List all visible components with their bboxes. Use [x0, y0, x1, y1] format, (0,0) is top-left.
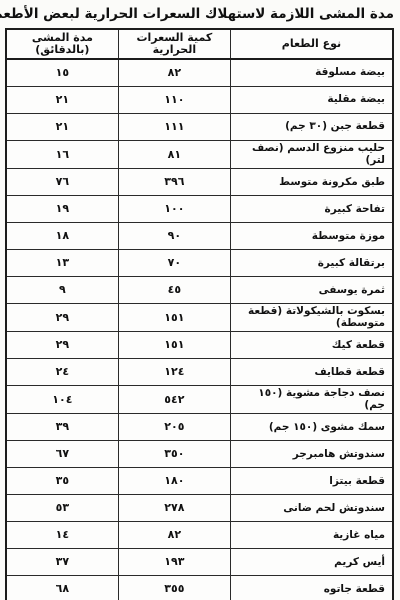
calories-cell: ٧٠: [118, 250, 230, 277]
calories-cell: ٢٧٨: [118, 495, 230, 522]
minutes-cell: ٢٩: [6, 304, 118, 332]
calories-walking-table: نوع الطعام كمية السعرات الحرارية مدة الم…: [5, 28, 394, 600]
minutes-cell: ١٣: [6, 250, 118, 277]
table-row: طبق مكرونة متوسط ٣٩٦ ٧٦: [6, 169, 393, 196]
calories-cell: ٤٥: [118, 277, 230, 304]
food-name-cell: تفاحة كبيرة: [230, 196, 393, 223]
table-row: سندوتش هامبرجر ٣٥٠ ٦٧: [6, 441, 393, 468]
food-name-cell: بيضة مقلية: [230, 87, 393, 114]
minutes-cell: ٢٩: [6, 332, 118, 359]
food-name-cell: قطعة كيك: [230, 332, 393, 359]
food-name-cell: مياه غازية: [230, 522, 393, 549]
calories-cell: ١١٠: [118, 87, 230, 114]
minutes-cell: ١٥: [6, 59, 118, 87]
table-row: قطعة قطايف ١٢٤ ٢٤: [6, 359, 393, 386]
food-name-cell: بيضة مسلوقة: [230, 59, 393, 87]
food-name-cell: طبق مكرونة متوسط: [230, 169, 393, 196]
calories-cell: ٣٩٦: [118, 169, 230, 196]
table-row: أيس كريم ١٩٣ ٣٧: [6, 549, 393, 576]
food-name-cell: قطعة جبن (٣٠ جم): [230, 114, 393, 141]
calories-cell: ١٥١: [118, 332, 230, 359]
minutes-cell: ٢١: [6, 114, 118, 141]
food-name-cell: ثمرة يوسفى: [230, 277, 393, 304]
calories-cell: ١٠٠: [118, 196, 230, 223]
food-name-cell: قطعة قطايف: [230, 359, 393, 386]
minutes-cell: ٢٤: [6, 359, 118, 386]
table-row: مياه غازية ٨٢ ١٤: [6, 522, 393, 549]
minutes-cell: ٣٩: [6, 414, 118, 441]
minutes-cell: ١٨: [6, 223, 118, 250]
minutes-cell: ٥٣: [6, 495, 118, 522]
table-row: قطعة جاتوه ٣٥٥ ٦٨: [6, 576, 393, 600]
calories-cell: ٢٠٥: [118, 414, 230, 441]
food-name-cell: سمك مشوى (١٥٠ جم): [230, 414, 393, 441]
minutes-cell: ١٩: [6, 196, 118, 223]
table-row: برتقالة كبيرة ٧٠ ١٣: [6, 250, 393, 277]
table-row: سندوتش لحم ضانى ٢٧٨ ٥٣: [6, 495, 393, 522]
table-row: موزة متوسطة ٩٠ ١٨: [6, 223, 393, 250]
food-name-cell: سندوتش هامبرجر: [230, 441, 393, 468]
minutes-cell: ٣٧: [6, 549, 118, 576]
table-row: قطعة كيك ١٥١ ٢٩: [6, 332, 393, 359]
food-name-cell: قطعة بيتزا: [230, 468, 393, 495]
calories-cell: ١٢٤: [118, 359, 230, 386]
minutes-cell: ١٠٤: [6, 386, 118, 414]
food-name-cell: حليب منزوع الدسم (نصف لتر): [230, 141, 393, 169]
minutes-cell: ٧٦: [6, 169, 118, 196]
col-header-walking-minutes: مدة المشى (بالدقائق): [6, 29, 118, 59]
table-body: بيضة مسلوقة ٨٢ ١٥ بيضة مقلية ١١٠ ٢١ قطعة…: [6, 59, 393, 600]
minutes-cell: ٦٨: [6, 576, 118, 600]
calories-cell: ١٥١: [118, 304, 230, 332]
table-row: سمك مشوى (١٥٠ جم) ٢٠٥ ٣٩: [6, 414, 393, 441]
minutes-cell: ٣٥: [6, 468, 118, 495]
food-name-cell: برتقالة كبيرة: [230, 250, 393, 277]
document-page: مدة المشى اللازمة لاستهلاك السعرات الحرا…: [0, 0, 400, 600]
calories-cell: ٩٠: [118, 223, 230, 250]
table-row: بيضة مسلوقة ٨٢ ١٥: [6, 59, 393, 87]
page-title: مدة المشى اللازمة لاستهلاك السعرات الحرا…: [5, 6, 394, 22]
table-row: بيضة مقلية ١١٠ ٢١: [6, 87, 393, 114]
calories-cell: ٨٢: [118, 522, 230, 549]
calories-cell: ٣٥٠: [118, 441, 230, 468]
table-row: تفاحة كبيرة ١٠٠ ١٩: [6, 196, 393, 223]
food-name-cell: نصف دجاجة مشوية (١٥٠ جم): [230, 386, 393, 414]
calories-cell: ٥٤٢: [118, 386, 230, 414]
calories-cell: ١٩٣: [118, 549, 230, 576]
minutes-cell: ١٦: [6, 141, 118, 169]
minutes-cell: ٢١: [6, 87, 118, 114]
table-row: قطعة جبن (٣٠ جم) ١١١ ٢١: [6, 114, 393, 141]
col-header-food-type: نوع الطعام: [230, 29, 393, 59]
table-row: نصف دجاجة مشوية (١٥٠ جم) ٥٤٢ ١٠٤: [6, 386, 393, 414]
food-name-cell: موزة متوسطة: [230, 223, 393, 250]
food-name-cell: سندوتش لحم ضانى: [230, 495, 393, 522]
table-row: حليب منزوع الدسم (نصف لتر) ٨١ ١٦: [6, 141, 393, 169]
table-header: نوع الطعام كمية السعرات الحرارية مدة الم…: [6, 29, 393, 59]
food-name-cell: أيس كريم: [230, 549, 393, 576]
calories-cell: ٨١: [118, 141, 230, 169]
minutes-cell: ٩: [6, 277, 118, 304]
food-name-cell: بسكوت بالشيكولاتة (قطعة متوسطة): [230, 304, 393, 332]
table-row: ثمرة يوسفى ٤٥ ٩: [6, 277, 393, 304]
food-name-cell: قطعة جاتوه: [230, 576, 393, 600]
table-row: بسكوت بالشيكولاتة (قطعة متوسطة) ١٥١ ٢٩: [6, 304, 393, 332]
col-header-calorie-amount: كمية السعرات الحرارية: [118, 29, 230, 59]
calories-cell: ٨٢: [118, 59, 230, 87]
minutes-cell: ١٤: [6, 522, 118, 549]
calories-cell: ١١١: [118, 114, 230, 141]
calories-cell: ٣٥٥: [118, 576, 230, 600]
table-row: قطعة بيتزا ١٨٠ ٣٥: [6, 468, 393, 495]
minutes-cell: ٦٧: [6, 441, 118, 468]
calories-cell: ١٨٠: [118, 468, 230, 495]
header-row: نوع الطعام كمية السعرات الحرارية مدة الم…: [6, 29, 393, 59]
